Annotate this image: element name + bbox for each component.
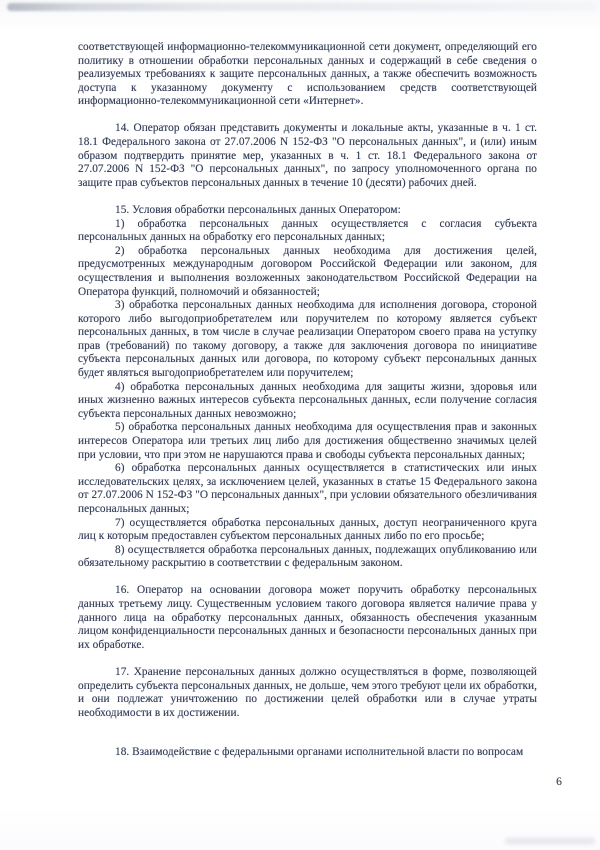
paragraph-15-heading: 15. Условия обработки персональных данны… xyxy=(78,204,537,218)
paragraph-15-item-5: 5) обработка персональных данных необход… xyxy=(78,421,537,462)
paragraph-15-item-4: 4) обработка персональных данных необход… xyxy=(78,381,537,422)
paragraph-18: 18. Взаимодействие с федеральными органа… xyxy=(78,746,537,760)
document-body: соответствующей информационно-телекоммун… xyxy=(78,41,537,760)
page-number: 6 xyxy=(549,776,569,788)
paragraph-15-item-2: 2) обработка персональных данных необход… xyxy=(78,245,537,299)
scan-artifact-bottom xyxy=(505,838,595,844)
scan-artifact-top xyxy=(7,3,597,11)
paragraph-16: 16. Оператор на основании договора может… xyxy=(78,584,537,652)
paragraph-continuation: соответствующей информационно-телекоммун… xyxy=(78,41,537,109)
paragraph-15-item-6: 6) обработка персональных данных осущест… xyxy=(78,462,537,516)
paragraph-15-item-7: 7) осуществляется обработка персональных… xyxy=(78,517,537,544)
paragraph-15-item-1: 1) обработка персональных данных осущест… xyxy=(78,218,537,245)
paragraph-14: 14. Оператор обязан представить документ… xyxy=(78,122,537,190)
paragraph-15-item-8: 8) осуществляется обработка персональных… xyxy=(78,544,537,571)
document-page: соответствующей информационно-телекоммун… xyxy=(0,0,600,850)
paragraph-17: 17. Хранение персональных данных должно … xyxy=(78,666,537,720)
paragraph-15-item-3: 3) обработка персональных данных необход… xyxy=(78,299,537,381)
